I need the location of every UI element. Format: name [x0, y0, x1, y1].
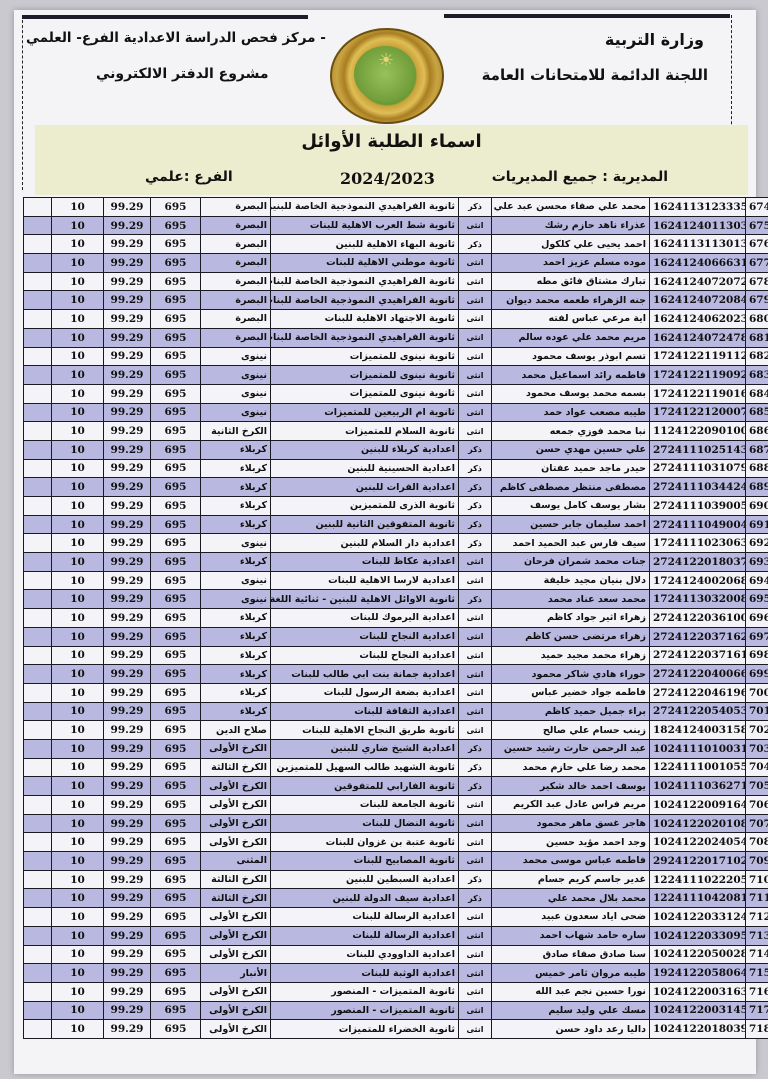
sequence-cell: 710	[746, 870, 768, 889]
rank-cell: 10	[52, 497, 104, 516]
exam-number-cell: 2724111031079	[650, 459, 746, 478]
exam-number-cell: 2724122018037	[650, 553, 746, 572]
rank-cell: 10	[52, 945, 104, 964]
total-cell: 695	[151, 665, 201, 684]
table-row: 1099.29695الكرخ الأولىثانوية المتميزات -…	[24, 1001, 768, 1020]
total-cell: 695	[151, 796, 201, 815]
table-row: 1099.29695الكرخ الأولىثانوية عتبة بن غزو…	[24, 833, 768, 852]
school-cell: ثانوية شط العرب الاهلية للبنات	[271, 216, 459, 235]
exam-number-cell: 1724113032008	[650, 590, 746, 609]
school-cell: اعدادية اليرموك للبنات	[271, 609, 459, 628]
name-cell: مسك علي وليد سليم	[492, 1001, 650, 1020]
school-cell: اعدادية دار السلام للبنين	[271, 534, 459, 553]
average-cell: 99.29	[104, 796, 151, 815]
blank-cell	[24, 328, 52, 347]
blank-cell	[24, 478, 52, 497]
directorate-cell: الكرخ الأولى	[201, 1001, 271, 1020]
gender-cell: ذكر	[459, 777, 492, 796]
school-cell: اعدادية سيف الدولة للبنين	[271, 889, 459, 908]
average-cell: 99.29	[104, 328, 151, 347]
sequence-cell: 698	[746, 646, 768, 665]
blank-cell	[24, 459, 52, 478]
rank-cell: 10	[52, 777, 104, 796]
table-row: 1099.29695البصرةثانوية الفراهيدي النموذج…	[24, 272, 768, 291]
name-cell: جنه الزهراء طعمه محمد ديوان	[492, 291, 650, 310]
table-row: 1099.29695كربلاءثانوية المتفوقين الثانية…	[24, 515, 768, 534]
directorate-cell: الكرخ الأولى	[201, 833, 271, 852]
exam-number-cell: 1024122033095	[650, 926, 746, 945]
average-cell: 99.29	[104, 627, 151, 646]
sequence-cell: 685	[746, 403, 768, 422]
rank-cell: 10	[52, 478, 104, 497]
school-cell: اعدادية كربلاء للبنين	[271, 440, 459, 459]
sequence-cell: 705	[746, 777, 768, 796]
school-cell: اعدادية الفرات للبنين	[271, 478, 459, 497]
name-cell: وجد احمد مؤيد حسين	[492, 833, 650, 852]
rank-cell: 10	[52, 852, 104, 871]
name-cell: نبا محمد فوزي جمعه	[492, 422, 650, 441]
directorate-cell: الكرخ الأولى	[201, 1020, 271, 1039]
name-cell: محمد بلال محمد علي	[492, 889, 650, 908]
exam-number-cell: 2724111039005	[650, 497, 746, 516]
sequence-cell: 711	[746, 889, 768, 908]
directorate-cell: كربلاء	[201, 683, 271, 702]
school-cell: ثانوية نينوى للمتميزات	[271, 366, 459, 385]
sequence-cell: 686	[746, 422, 768, 441]
average-cell: 99.29	[104, 1020, 151, 1039]
directorate-cell: نينوى	[201, 571, 271, 590]
gender-cell: انثى	[459, 216, 492, 235]
rank-cell: 10	[52, 384, 104, 403]
sequence-cell: 696	[746, 609, 768, 628]
sequence-cell: 709	[746, 852, 768, 871]
blank-cell	[24, 945, 52, 964]
table-row: 1099.29695نينوىثانوية ام الربيعين للمتمي…	[24, 403, 768, 422]
name-cell: زهراء مرتضى حسن كاظم	[492, 627, 650, 646]
gender-cell: ذكر	[459, 590, 492, 609]
rank-cell: 10	[52, 403, 104, 422]
total-cell: 695	[151, 235, 201, 254]
exam-number-cell: 1024122018039	[650, 1020, 746, 1039]
rank-cell: 10	[52, 609, 104, 628]
rank-cell: 10	[52, 889, 104, 908]
exam-number-cell: 1624124066631	[650, 254, 746, 273]
total-cell: 695	[151, 440, 201, 459]
ministry-name: وزارة التربية	[605, 30, 704, 49]
table-row: 1099.29695الكرخ الثالثةاعدادية السبطين ل…	[24, 870, 768, 889]
academic-year: 2024/2023	[340, 169, 435, 188]
average-cell: 99.29	[104, 814, 151, 833]
name-cell: زهراء اثير جواد كاظم	[492, 609, 650, 628]
total-cell: 695	[151, 254, 201, 273]
average-cell: 99.29	[104, 852, 151, 871]
blank-cell	[24, 777, 52, 796]
school-cell: ثانوية النضال للبنات	[271, 814, 459, 833]
school-cell: ثانوية الفراهيدي النموذجية الخاصة للبنات	[271, 291, 459, 310]
sequence-cell: 677	[746, 254, 768, 273]
blank-cell	[24, 889, 52, 908]
rank-cell: 10	[52, 553, 104, 572]
total-cell: 695	[151, 422, 201, 441]
blank-cell	[24, 982, 52, 1001]
total-cell: 695	[151, 777, 201, 796]
exam-number-cell: 1624124072478	[650, 328, 746, 347]
directorate-cell: كربلاء	[201, 553, 271, 572]
table-row: 1099.29695نينوىثانوية الاوائل الاهلية لل…	[24, 590, 768, 609]
total-cell: 695	[151, 497, 201, 516]
exam-center-name: - مركز فحص الدراسة الاعدادية الفرع- العل…	[26, 30, 326, 46]
exam-number-cell: 2724111034424	[650, 478, 746, 497]
exam-number-cell: 1724122119112	[650, 347, 746, 366]
total-cell: 695	[151, 702, 201, 721]
name-cell: سيف فارس عبد الحميد احمد	[492, 534, 650, 553]
table-row: 1099.29695كربلاءاعدادية عكاظ للبناتانثىج…	[24, 553, 768, 572]
sequence-cell: 676	[746, 235, 768, 254]
average-cell: 99.29	[104, 553, 151, 572]
blank-cell	[24, 403, 52, 422]
total-cell: 695	[151, 478, 201, 497]
gender-cell: انثى	[459, 646, 492, 665]
blank-cell	[24, 964, 52, 983]
exam-number-cell: 1024111010031	[650, 739, 746, 758]
total-cell: 695	[151, 459, 201, 478]
name-cell: غدير جاسم كريم جسام	[492, 870, 650, 889]
gender-cell: انثى	[459, 964, 492, 983]
rank-cell: 10	[52, 908, 104, 927]
total-cell: 695	[151, 366, 201, 385]
branch-label: الفرع :علمي	[145, 169, 233, 185]
gender-cell: ذكر	[459, 889, 492, 908]
gender-cell: انثى	[459, 665, 492, 684]
total-cell: 695	[151, 328, 201, 347]
school-cell: ثانوية نينوى للمتميزات	[271, 384, 459, 403]
exam-number-cell: 2724122046196	[650, 683, 746, 702]
rank-cell: 10	[52, 235, 104, 254]
exam-number-cell: 1824124003158	[650, 721, 746, 740]
average-cell: 99.29	[104, 964, 151, 983]
blank-cell	[24, 366, 52, 385]
average-cell: 99.29	[104, 945, 151, 964]
school-cell: اعدادية الرسالة للبنات	[271, 908, 459, 927]
average-cell: 99.29	[104, 1001, 151, 1020]
exam-number-cell: 1624113113013	[650, 235, 746, 254]
average-cell: 99.29	[104, 440, 151, 459]
average-cell: 99.29	[104, 683, 151, 702]
directorate-cell: الكرخ الثالثة	[201, 758, 271, 777]
rank-cell: 10	[52, 366, 104, 385]
rank-cell: 10	[52, 347, 104, 366]
name-cell: حوراء هادي شاكر محمود	[492, 665, 650, 684]
school-cell: ثانوية الشهيد طالب السهيل للمتميزين	[271, 758, 459, 777]
average-cell: 99.29	[104, 908, 151, 927]
total-cell: 695	[151, 683, 201, 702]
school-cell: ثانوية المصابيح للبنات	[271, 852, 459, 871]
directorate-cell: البصرة	[201, 254, 271, 273]
rank-cell: 10	[52, 814, 104, 833]
table-row: 1099.29695كربلاءاعدادية بضعة الرسول للبن…	[24, 683, 768, 702]
school-cell: اعدادية الوثبة للبنات	[271, 964, 459, 983]
table-row: 1099.29695الأنباراعدادية الوثبة للبناتان…	[24, 964, 768, 983]
directorate-cell: الكرخ الأولى	[201, 796, 271, 815]
average-cell: 99.29	[104, 926, 151, 945]
rank-cell: 10	[52, 198, 104, 217]
rank-cell: 10	[52, 571, 104, 590]
blank-cell	[24, 908, 52, 927]
school-cell: ثانوية الذرى للمتميزين	[271, 497, 459, 516]
blank-cell	[24, 796, 52, 815]
gender-cell: انثى	[459, 702, 492, 721]
name-cell: احمد سليمان جابر حسين	[492, 515, 650, 534]
gender-cell: ذكر	[459, 870, 492, 889]
directorate-cell: نينوى	[201, 590, 271, 609]
total-cell: 695	[151, 926, 201, 945]
table-row: 1099.29695صلاح الدينثانوية طريق النجاح ا…	[24, 721, 768, 740]
name-cell: ضحى اياد سعدون عبيد	[492, 908, 650, 927]
total-cell: 695	[151, 216, 201, 235]
table-row: 1099.29695نينوىثانوية نينوى للمتميزاتانث…	[24, 384, 768, 403]
directorate-cell: كربلاء	[201, 646, 271, 665]
average-cell: 99.29	[104, 721, 151, 740]
total-cell: 695	[151, 908, 201, 927]
rank-cell: 10	[52, 739, 104, 758]
total-cell: 695	[151, 721, 201, 740]
gender-cell: انثى	[459, 796, 492, 815]
total-cell: 695	[151, 758, 201, 777]
gender-cell: انثى	[459, 422, 492, 441]
school-cell: ثانوية المتميزات - المنصور	[271, 1001, 459, 1020]
name-cell: محمد سعد عناد محمد	[492, 590, 650, 609]
sequence-cell: 683	[746, 366, 768, 385]
total-cell: 695	[151, 852, 201, 871]
sequence-cell: 714	[746, 945, 768, 964]
exam-number-cell: 1724111023063	[650, 534, 746, 553]
average-cell: 99.29	[104, 739, 151, 758]
total-cell: 695	[151, 310, 201, 329]
total-cell: 695	[151, 889, 201, 908]
name-cell: محمد رضا علي حازم محمد	[492, 758, 650, 777]
school-cell: اعدادية الداوودي للبنات	[271, 945, 459, 964]
gender-cell: انثى	[459, 721, 492, 740]
rank-cell: 10	[52, 870, 104, 889]
name-cell: عبد الرحمن حارث رشيد حسين	[492, 739, 650, 758]
sequence-cell: 679	[746, 291, 768, 310]
blank-cell	[24, 254, 52, 273]
sequence-cell: 697	[746, 627, 768, 646]
committee-name: اللجنة الدائمة للامتحانات العامة	[482, 66, 708, 84]
directorate-cell: البصرة	[201, 291, 271, 310]
total-cell: 695	[151, 627, 201, 646]
average-cell: 99.29	[104, 235, 151, 254]
name-cell: فاطمه عباس موسى محمد	[492, 852, 650, 871]
table-row: 1099.29695كربلاءاعدادية الثقافة للبناتان…	[24, 702, 768, 721]
exam-number-cell: 1024122009164	[650, 796, 746, 815]
exam-number-cell: 1024122024054	[650, 833, 746, 852]
sequence-cell: 717	[746, 1001, 768, 1020]
rank-cell: 10	[52, 291, 104, 310]
total-cell: 695	[151, 833, 201, 852]
total-cell: 695	[151, 814, 201, 833]
table-row: 1099.29695الكرخ الأولىثانوية الجامعة للب…	[24, 796, 768, 815]
average-cell: 99.29	[104, 571, 151, 590]
directorate-cell: البصرة	[201, 328, 271, 347]
directorate-cell: صلاح الدين	[201, 721, 271, 740]
directorate-cell: البصرة	[201, 198, 271, 217]
average-cell: 99.29	[104, 459, 151, 478]
directorate-cell: الكرخ الأولى	[201, 926, 271, 945]
sequence-cell: 675	[746, 216, 768, 235]
sequence-cell: 713	[746, 926, 768, 945]
exam-number-cell: 1724124002068	[650, 571, 746, 590]
name-cell: علي حسين مهدي حسن	[492, 440, 650, 459]
directorate-cell: الأنبار	[201, 964, 271, 983]
gender-cell: ذكر	[459, 758, 492, 777]
rank-cell: 10	[52, 328, 104, 347]
blank-cell	[24, 590, 52, 609]
table-row: 1099.29695الكرخ الأولىثانوية المتميزات -…	[24, 982, 768, 1001]
total-cell: 695	[151, 384, 201, 403]
gender-cell: انثى	[459, 254, 492, 273]
table-row: 1099.29695كربلاءاعدادية الفرات للبنينذكر…	[24, 478, 768, 497]
seal-sun-icon: ☀	[378, 50, 394, 71]
blank-cell	[24, 553, 52, 572]
blank-cell	[24, 384, 52, 403]
directorate-cell: الكرخ الأولى	[201, 982, 271, 1001]
average-cell: 99.29	[104, 198, 151, 217]
blank-cell	[24, 758, 52, 777]
rank-cell: 10	[52, 310, 104, 329]
blank-cell	[24, 721, 52, 740]
table-row: 1099.29695كربلاءاعدادية النجاح للبناتانث…	[24, 627, 768, 646]
gender-cell: انثى	[459, 328, 492, 347]
name-cell: محمد علي صفاء محسن عبد علي	[492, 198, 650, 217]
name-cell: تبارك مشتاق فائق مطه	[492, 272, 650, 291]
name-cell: بسمه محمد يوسف محمود	[492, 384, 650, 403]
directorate-cell: نينوى	[201, 384, 271, 403]
exam-number-cell: 1024122033124	[650, 908, 746, 927]
directorate-cell: الكرخ الأولى	[201, 739, 271, 758]
exam-number-cell: 1024111036271	[650, 777, 746, 796]
gender-cell: انثى	[459, 814, 492, 833]
rank-cell: 10	[52, 422, 104, 441]
directorate-cell: كربلاء	[201, 459, 271, 478]
exam-number-cell: 1224111042081	[650, 889, 746, 908]
gender-cell: انثى	[459, 366, 492, 385]
gender-cell: انثى	[459, 945, 492, 964]
directorate-cell: نينوى	[201, 366, 271, 385]
average-cell: 99.29	[104, 665, 151, 684]
blank-cell	[24, 814, 52, 833]
gender-cell: انثى	[459, 1020, 492, 1039]
blank-cell	[24, 440, 52, 459]
exam-number-cell: 2724122037161	[650, 646, 746, 665]
name-cell: عذراء ناهد حازم رشك	[492, 216, 650, 235]
name-cell: زهراء محمد مجيد حميد	[492, 646, 650, 665]
total-cell: 695	[151, 553, 201, 572]
school-cell: ثانوية نينوى للمتميزات	[271, 347, 459, 366]
school-cell: اعدادية النجاح للبنات	[271, 646, 459, 665]
school-cell: ثانوية موطني الاهلية للبنات	[271, 254, 459, 273]
gender-cell: انثى	[459, 272, 492, 291]
directorate-cell: نينوى	[201, 534, 271, 553]
average-cell: 99.29	[104, 272, 151, 291]
sequence-cell: 681	[746, 328, 768, 347]
directorate-label: المديرية : جميع المديريات	[492, 169, 668, 185]
table-row: 1099.29695البصرةثانوية الاجتهاد الاهلية …	[24, 310, 768, 329]
blank-cell	[24, 627, 52, 646]
blank-cell	[24, 235, 52, 254]
school-cell: اعدادية الرسالة للبنات	[271, 926, 459, 945]
name-cell: فاطمه جواد خضير عباس	[492, 683, 650, 702]
name-cell: مريم فراس عادل عبد الكريم	[492, 796, 650, 815]
average-cell: 99.29	[104, 497, 151, 516]
directorate-cell: البصرة	[201, 216, 271, 235]
header-rule-left	[22, 15, 308, 19]
gender-cell: انثى	[459, 291, 492, 310]
exam-number-cell: 2724111025143	[650, 440, 746, 459]
gender-cell: انثى	[459, 833, 492, 852]
blank-cell	[24, 702, 52, 721]
school-cell: اعدادية بضعة الرسول للبنات	[271, 683, 459, 702]
name-cell: براء جميل حميد كاظم	[492, 702, 650, 721]
gender-cell: ذكر	[459, 497, 492, 516]
table-row: 1099.29695البصرةثانوية الفراهيدي النموذج…	[24, 328, 768, 347]
rank-cell: 10	[52, 590, 104, 609]
blank-cell	[24, 216, 52, 235]
school-cell: ثانوية الفراهيدي النموذجية الخاصة للبنات	[271, 272, 459, 291]
total-cell: 695	[151, 739, 201, 758]
table-row: 1099.29695نينوىاعدادية دار السلام للبنين…	[24, 534, 768, 553]
average-cell: 99.29	[104, 347, 151, 366]
blank-cell	[24, 833, 52, 852]
rank-cell: 10	[52, 440, 104, 459]
sequence-cell: 682	[746, 347, 768, 366]
exam-number-cell: 2924122017102	[650, 852, 746, 871]
rank-cell: 10	[52, 683, 104, 702]
average-cell: 99.29	[104, 777, 151, 796]
name-cell: فاطمه رائد اسماعيل محمد	[492, 366, 650, 385]
blank-cell	[24, 310, 52, 329]
directorate-cell: الكرخ الأولى	[201, 908, 271, 927]
average-cell: 99.29	[104, 216, 151, 235]
name-cell: موده مسلم عزيز احمد	[492, 254, 650, 273]
sequence-cell: 704	[746, 758, 768, 777]
gender-cell: ذكر	[459, 198, 492, 217]
directorate-cell: الكرخ الأولى	[201, 814, 271, 833]
sequence-cell: 693	[746, 553, 768, 572]
rank-cell: 10	[52, 758, 104, 777]
sequence-cell: 700	[746, 683, 768, 702]
total-cell: 695	[151, 870, 201, 889]
sequence-cell: 678	[746, 272, 768, 291]
average-cell: 99.29	[104, 702, 151, 721]
directorate-cell: الكرخ الأولى	[201, 777, 271, 796]
exam-number-cell: 1024122003145	[650, 1001, 746, 1020]
school-cell: ثانوية الفارابي للمتفوقين	[271, 777, 459, 796]
blank-cell	[24, 870, 52, 889]
average-cell: 99.29	[104, 646, 151, 665]
blank-cell	[24, 534, 52, 553]
exam-number-cell: 1724122119016	[650, 384, 746, 403]
average-cell: 99.29	[104, 590, 151, 609]
name-cell: جنات محمد شمران فرحان	[492, 553, 650, 572]
total-cell: 695	[151, 272, 201, 291]
directorate-cell: كربلاء	[201, 515, 271, 534]
name-cell: مريم محمد علي عوده سالم	[492, 328, 650, 347]
exam-number-cell: 1624113123335	[650, 198, 746, 217]
rank-cell: 10	[52, 627, 104, 646]
exam-number-cell: 1024122020108	[650, 814, 746, 833]
blank-cell	[24, 739, 52, 758]
